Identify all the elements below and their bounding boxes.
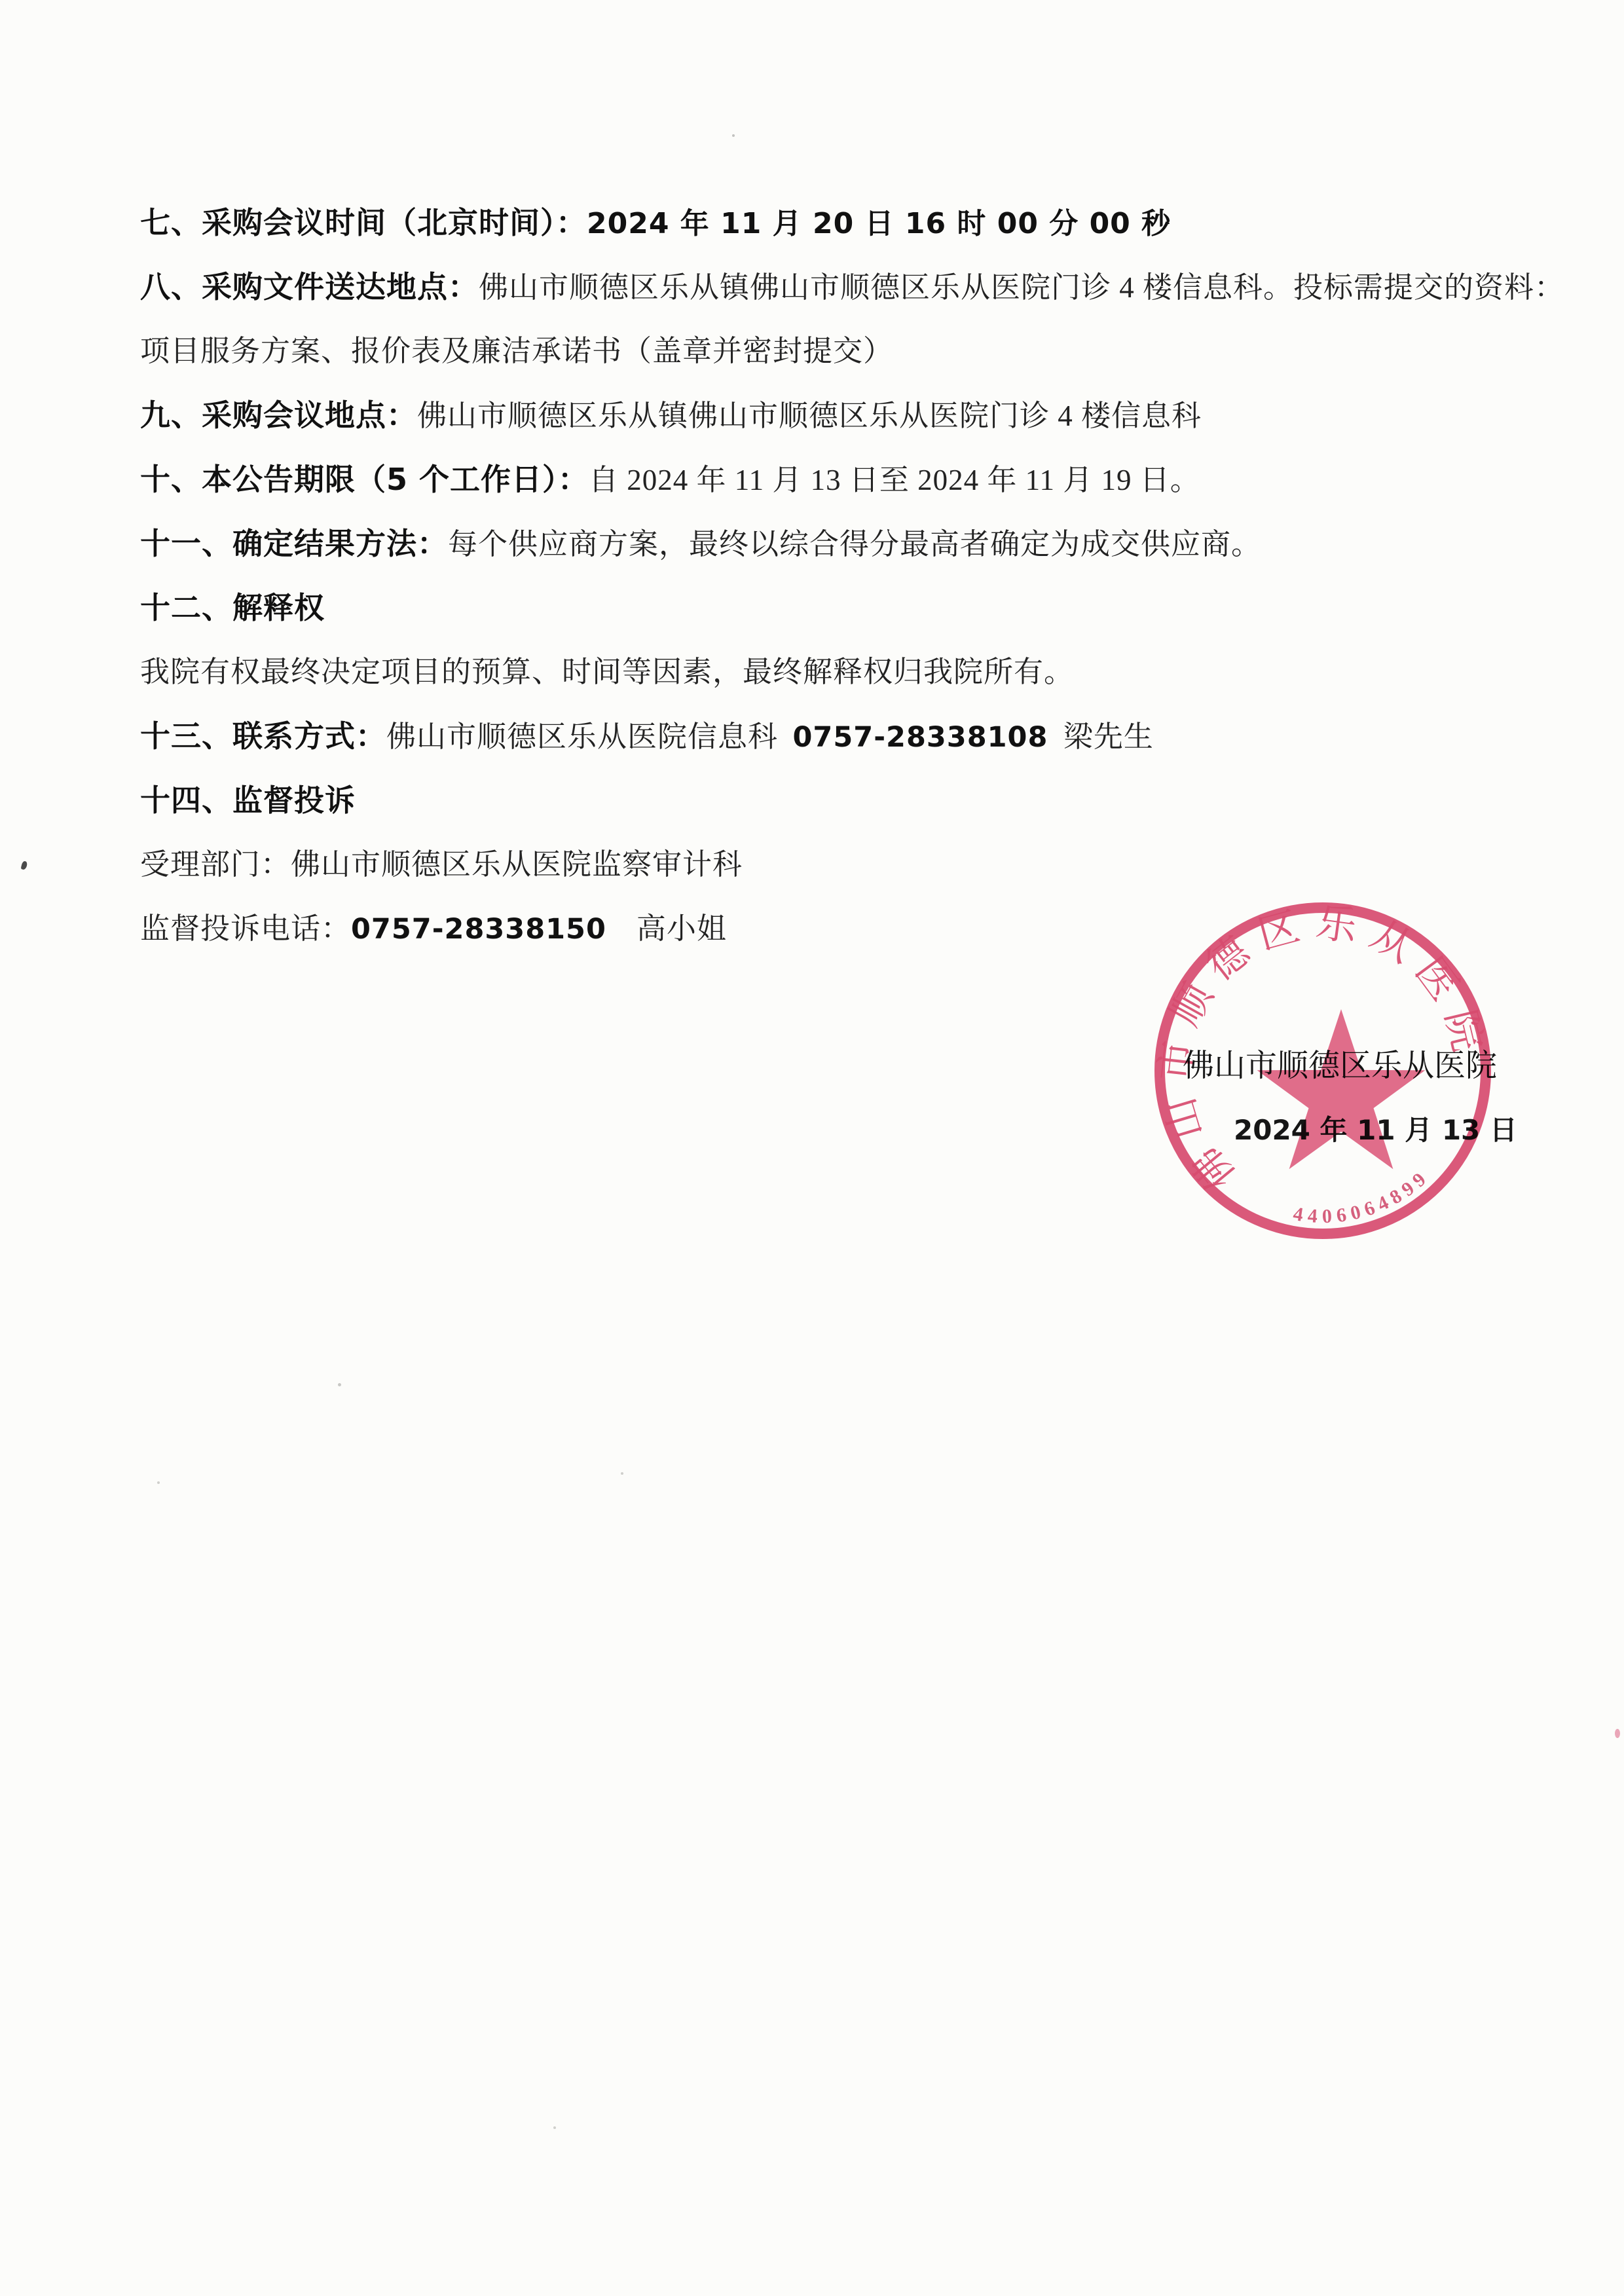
line-value: 自 2024 年 11 月 13 日至 2024 年 11 月 19 日。 xyxy=(589,464,1200,496)
line-value: 佛山市顺德区乐从镇佛山市顺德区乐从医院门诊 4 楼信息科 xyxy=(417,399,1202,432)
line-meeting-time: 七、采购会议时间（北京时间）：2024 年 11 月 20 日 16 时 00 … xyxy=(140,191,1564,255)
line-label: 七、采购会议时间（北京时间）： xyxy=(140,205,587,240)
line-interpretation-body: 我院有权最终决定项目的预算、时间等因素，最终解释权归我院所有。 xyxy=(140,640,1564,704)
scan-speck xyxy=(732,134,735,137)
line-label: 十三、联系方式： xyxy=(140,718,386,754)
contact-person: 梁先生 xyxy=(1048,720,1154,753)
scan-speck xyxy=(553,2126,556,2129)
line-value: 每个供应商方案，最终以综合得分最高者确定为成交供应商。 xyxy=(448,528,1261,561)
official-seal: 佛山市顺德区乐从医院 4406064899 xyxy=(1150,898,1496,1244)
line-label: 十四、监督投诉 xyxy=(140,783,356,818)
line-interpretation-heading: 十二、解释权 xyxy=(140,576,1564,640)
line-contact: 十三、联系方式：佛山市顺德区乐从医院信息科 0757-28338108 梁先生 xyxy=(140,704,1564,768)
line-label: 八、采购文件送达地点： xyxy=(140,269,479,305)
line-value: 我院有权最终决定项目的预算、时间等因素，最终解释权归我院所有。 xyxy=(140,656,1074,688)
line-value: 2024 年 11 月 20 日 16 时 00 分 00 秒 xyxy=(587,207,1171,240)
line-meeting-place: 九、采购会议地点：佛山市顺德区乐从镇佛山市顺德区乐从医院门诊 4 楼信息科 xyxy=(140,383,1564,447)
scanned-document-page: 七、采购会议时间（北京时间）：2024 年 11 月 20 日 16 时 00 … xyxy=(0,0,1624,2296)
line-delivery-address-cont: 项目服务方案、报价表及廉洁承诺书（盖章并密封提交） xyxy=(140,319,1564,383)
svg-text:佛山市顺德区乐从医院: 佛山市顺德区乐从医院 xyxy=(1153,900,1492,1198)
supervision-phone-number: 0757-28338150 xyxy=(351,913,606,946)
line-label: 十二、解释权 xyxy=(140,590,325,625)
line-value: 受理部门：佛山市顺德区乐从医院监察审计科 xyxy=(140,848,743,881)
line-accepting-department: 受理部门：佛山市顺德区乐从医院监察审计科 xyxy=(140,832,1564,897)
contact-phone-number: 0757-28338108 xyxy=(778,721,1048,754)
seal-ring-text: 佛山市顺德区乐从医院 xyxy=(1153,900,1492,1198)
scan-speck xyxy=(1615,1729,1620,1738)
line-delivery-address: 八、采购文件送达地点：佛山市顺德区乐从镇佛山市顺德区乐从医院门诊 4 楼信息科。… xyxy=(140,255,1564,319)
line-value: 佛山市顺德区乐从医院信息科 xyxy=(386,720,778,753)
announcement-body: 七、采购会议时间（北京时间）：2024 年 11 月 20 日 16 时 00 … xyxy=(140,191,1564,961)
line-notice-period: 十、本公告期限（5 个工作日）：自 2024 年 11 月 13 日至 2024… xyxy=(140,447,1564,511)
line-value: 佛山市顺德区乐从镇佛山市顺德区乐从医院门诊 4 楼信息科。投标需提交的资料： xyxy=(479,271,1564,304)
line-label: 九、采购会议地点： xyxy=(140,398,417,433)
line-value: 项目服务方案、报价表及廉洁承诺书（盖章并密封提交） xyxy=(140,335,893,367)
line-result-method: 十一、确定结果方法：每个供应商方案，最终以综合得分最高者确定为成交供应商。 xyxy=(140,511,1564,576)
scan-speck xyxy=(21,861,28,870)
svg-text:4406064899: 4406064899 xyxy=(1292,1165,1434,1227)
line-label: 十、本公告期限（5 个工作日）： xyxy=(140,462,589,497)
seal-star-icon xyxy=(1257,1009,1426,1169)
seal-serial-number: 4406064899 xyxy=(1292,1165,1434,1227)
line-value: 监督投诉电话： xyxy=(140,912,351,945)
scan-speck xyxy=(338,1383,341,1386)
line-supervision-heading: 十四、监督投诉 xyxy=(140,768,1564,832)
supervision-contact-person: 高小姐 xyxy=(606,912,727,945)
line-label: 十一、确定结果方法： xyxy=(140,526,448,561)
scan-speck xyxy=(157,1481,160,1484)
scan-speck xyxy=(621,1472,623,1475)
